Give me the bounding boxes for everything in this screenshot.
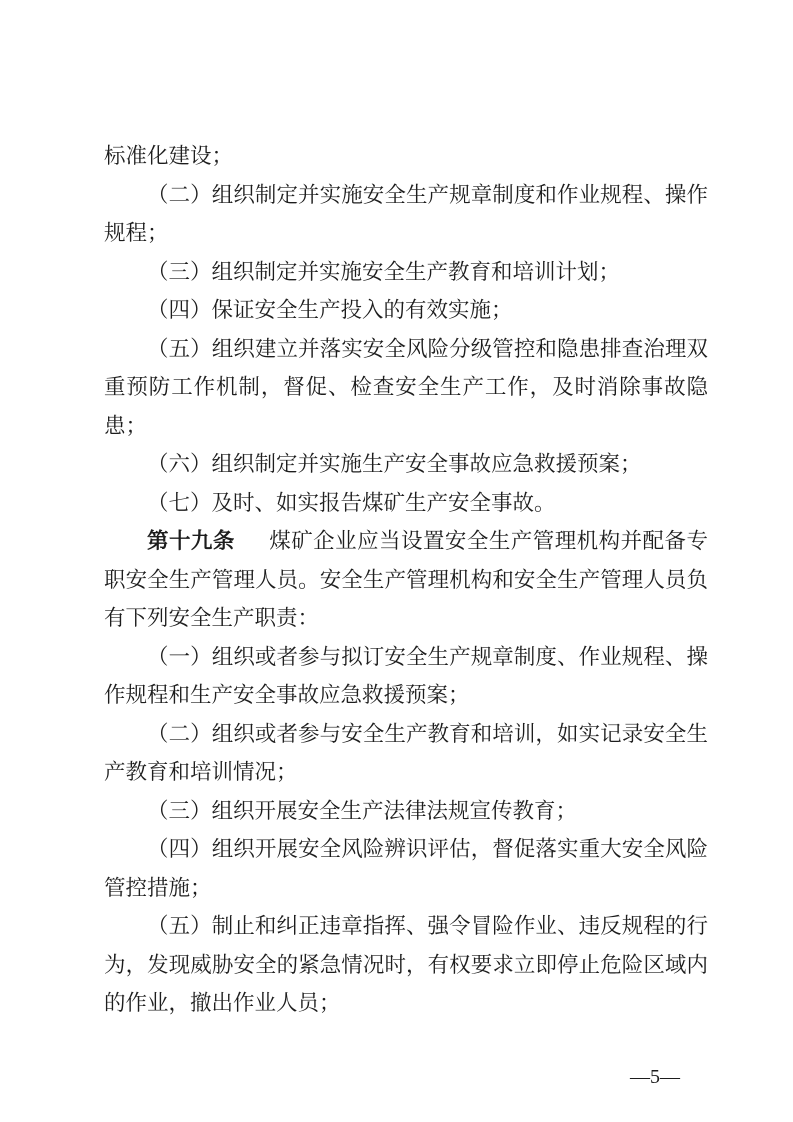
paragraph-continuation: 标准化建设；	[104, 137, 708, 176]
duty-item-1: （一）组织或者参与拟订安全生产规章制度、作业规程、操作规程和生产安全事故应急救援…	[104, 638, 708, 715]
clause-item-2: （二）组织制定并实施安全生产规章制度和作业规程、操作规程；	[104, 176, 708, 253]
article-19-paragraph: 第十九条煤矿企业应当设置安全生产管理机构并配备专职安全生产管理人员。安全生产管理…	[104, 522, 708, 638]
duty-item-2: （二）组织或者参与安全生产教育和培训，如实记录安全生产教育和培训情况；	[104, 715, 708, 792]
clause-item-5: （五）组织建立并落实安全风险分级管控和隐患排查治理双重预防工作机制，督促、检查安…	[104, 330, 708, 446]
clause-item-6: （六）组织制定并实施生产安全事故应急救援预案；	[104, 445, 708, 484]
duty-item-3: （三）组织开展安全生产法律法规宣传教育；	[104, 792, 708, 831]
clause-item-7: （七）及时、如实报告煤矿生产安全事故。	[104, 484, 708, 523]
clause-item-3: （三）组织制定并实施安全生产教育和培训计划；	[104, 253, 708, 292]
duty-item-5: （五）制止和纠正违章指挥、强令冒险作业、违反规程的行为，发现威胁安全的紧急情况时…	[104, 907, 708, 1023]
document-page: 标准化建设； （二）组织制定并实施安全生产规章制度和作业规程、操作规程； （三）…	[0, 0, 793, 1122]
page-number: —5—	[630, 1064, 680, 1090]
article-19-number: 第十九条	[147, 529, 235, 553]
clause-item-4: （四）保证安全生产投入的有效实施；	[104, 291, 708, 330]
document-body: 标准化建设； （二）组织制定并实施安全生产规章制度和作业规程、操作规程； （三）…	[104, 137, 708, 1023]
duty-item-4: （四）组织开展安全风险辨识评估，督促落实重大安全风险管控措施；	[104, 830, 708, 907]
